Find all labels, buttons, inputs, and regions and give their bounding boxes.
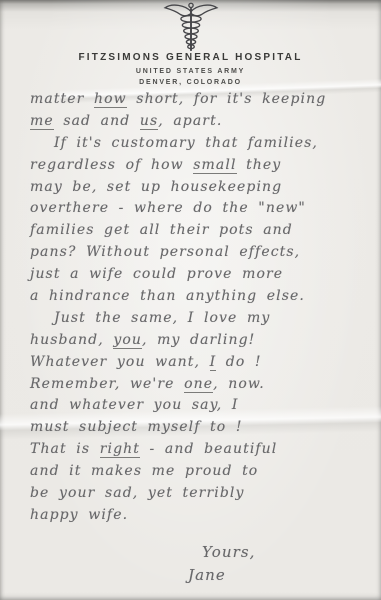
letter-page: FITZSIMONS GENERAL HOSPITAL UNITED STATE… bbox=[0, 0, 381, 600]
hospital-name: FITZSIMONS GENERAL HOSPITAL bbox=[0, 52, 381, 63]
letter-line: and whatever you say, I bbox=[30, 397, 375, 419]
letter-signature: Jane bbox=[188, 566, 226, 584]
letter-line: and it makes me proud to bbox=[30, 463, 375, 485]
letter-line: regardless of how small they bbox=[30, 157, 375, 179]
letter-line: Remember, we're one, now. bbox=[30, 376, 375, 398]
letter-closing: Yours, bbox=[202, 543, 256, 561]
letter-body: matter how short, for it's keepingme sad… bbox=[0, 91, 381, 529]
letter-line: That is right - and beautiful bbox=[30, 441, 375, 463]
letter-line: must subject myself to ! bbox=[30, 419, 375, 441]
letter-line: Just the same, I love my bbox=[30, 310, 375, 332]
letter-line: Whatever you want, I do ! bbox=[30, 354, 375, 376]
letter-line: happy wife. bbox=[30, 507, 375, 529]
letter-line: matter how short, for it's keeping bbox=[30, 91, 375, 113]
letter-line: pans? Without personal effects, bbox=[30, 244, 375, 266]
letter-line: If it's customary that families, bbox=[30, 135, 375, 157]
letter-line: just a wife could prove more bbox=[30, 266, 375, 288]
letter-line: be your sad, yet terribly bbox=[30, 485, 375, 507]
letter-line: overthere - where do the "new" bbox=[30, 200, 375, 222]
letter-line: me sad and us, apart. bbox=[30, 113, 375, 135]
letter-line: may be, set up housekeeping bbox=[30, 179, 375, 201]
letter-line: husband, you, my darling! bbox=[30, 332, 375, 354]
letter-line: a hindrance than anything else. bbox=[30, 288, 375, 310]
hospital-location: DENVER, COLORADO bbox=[0, 79, 381, 86]
hospital-org: UNITED STATES ARMY bbox=[0, 68, 381, 75]
letter-line: families get all their pots and bbox=[30, 222, 375, 244]
caduceus-icon bbox=[159, 2, 223, 52]
